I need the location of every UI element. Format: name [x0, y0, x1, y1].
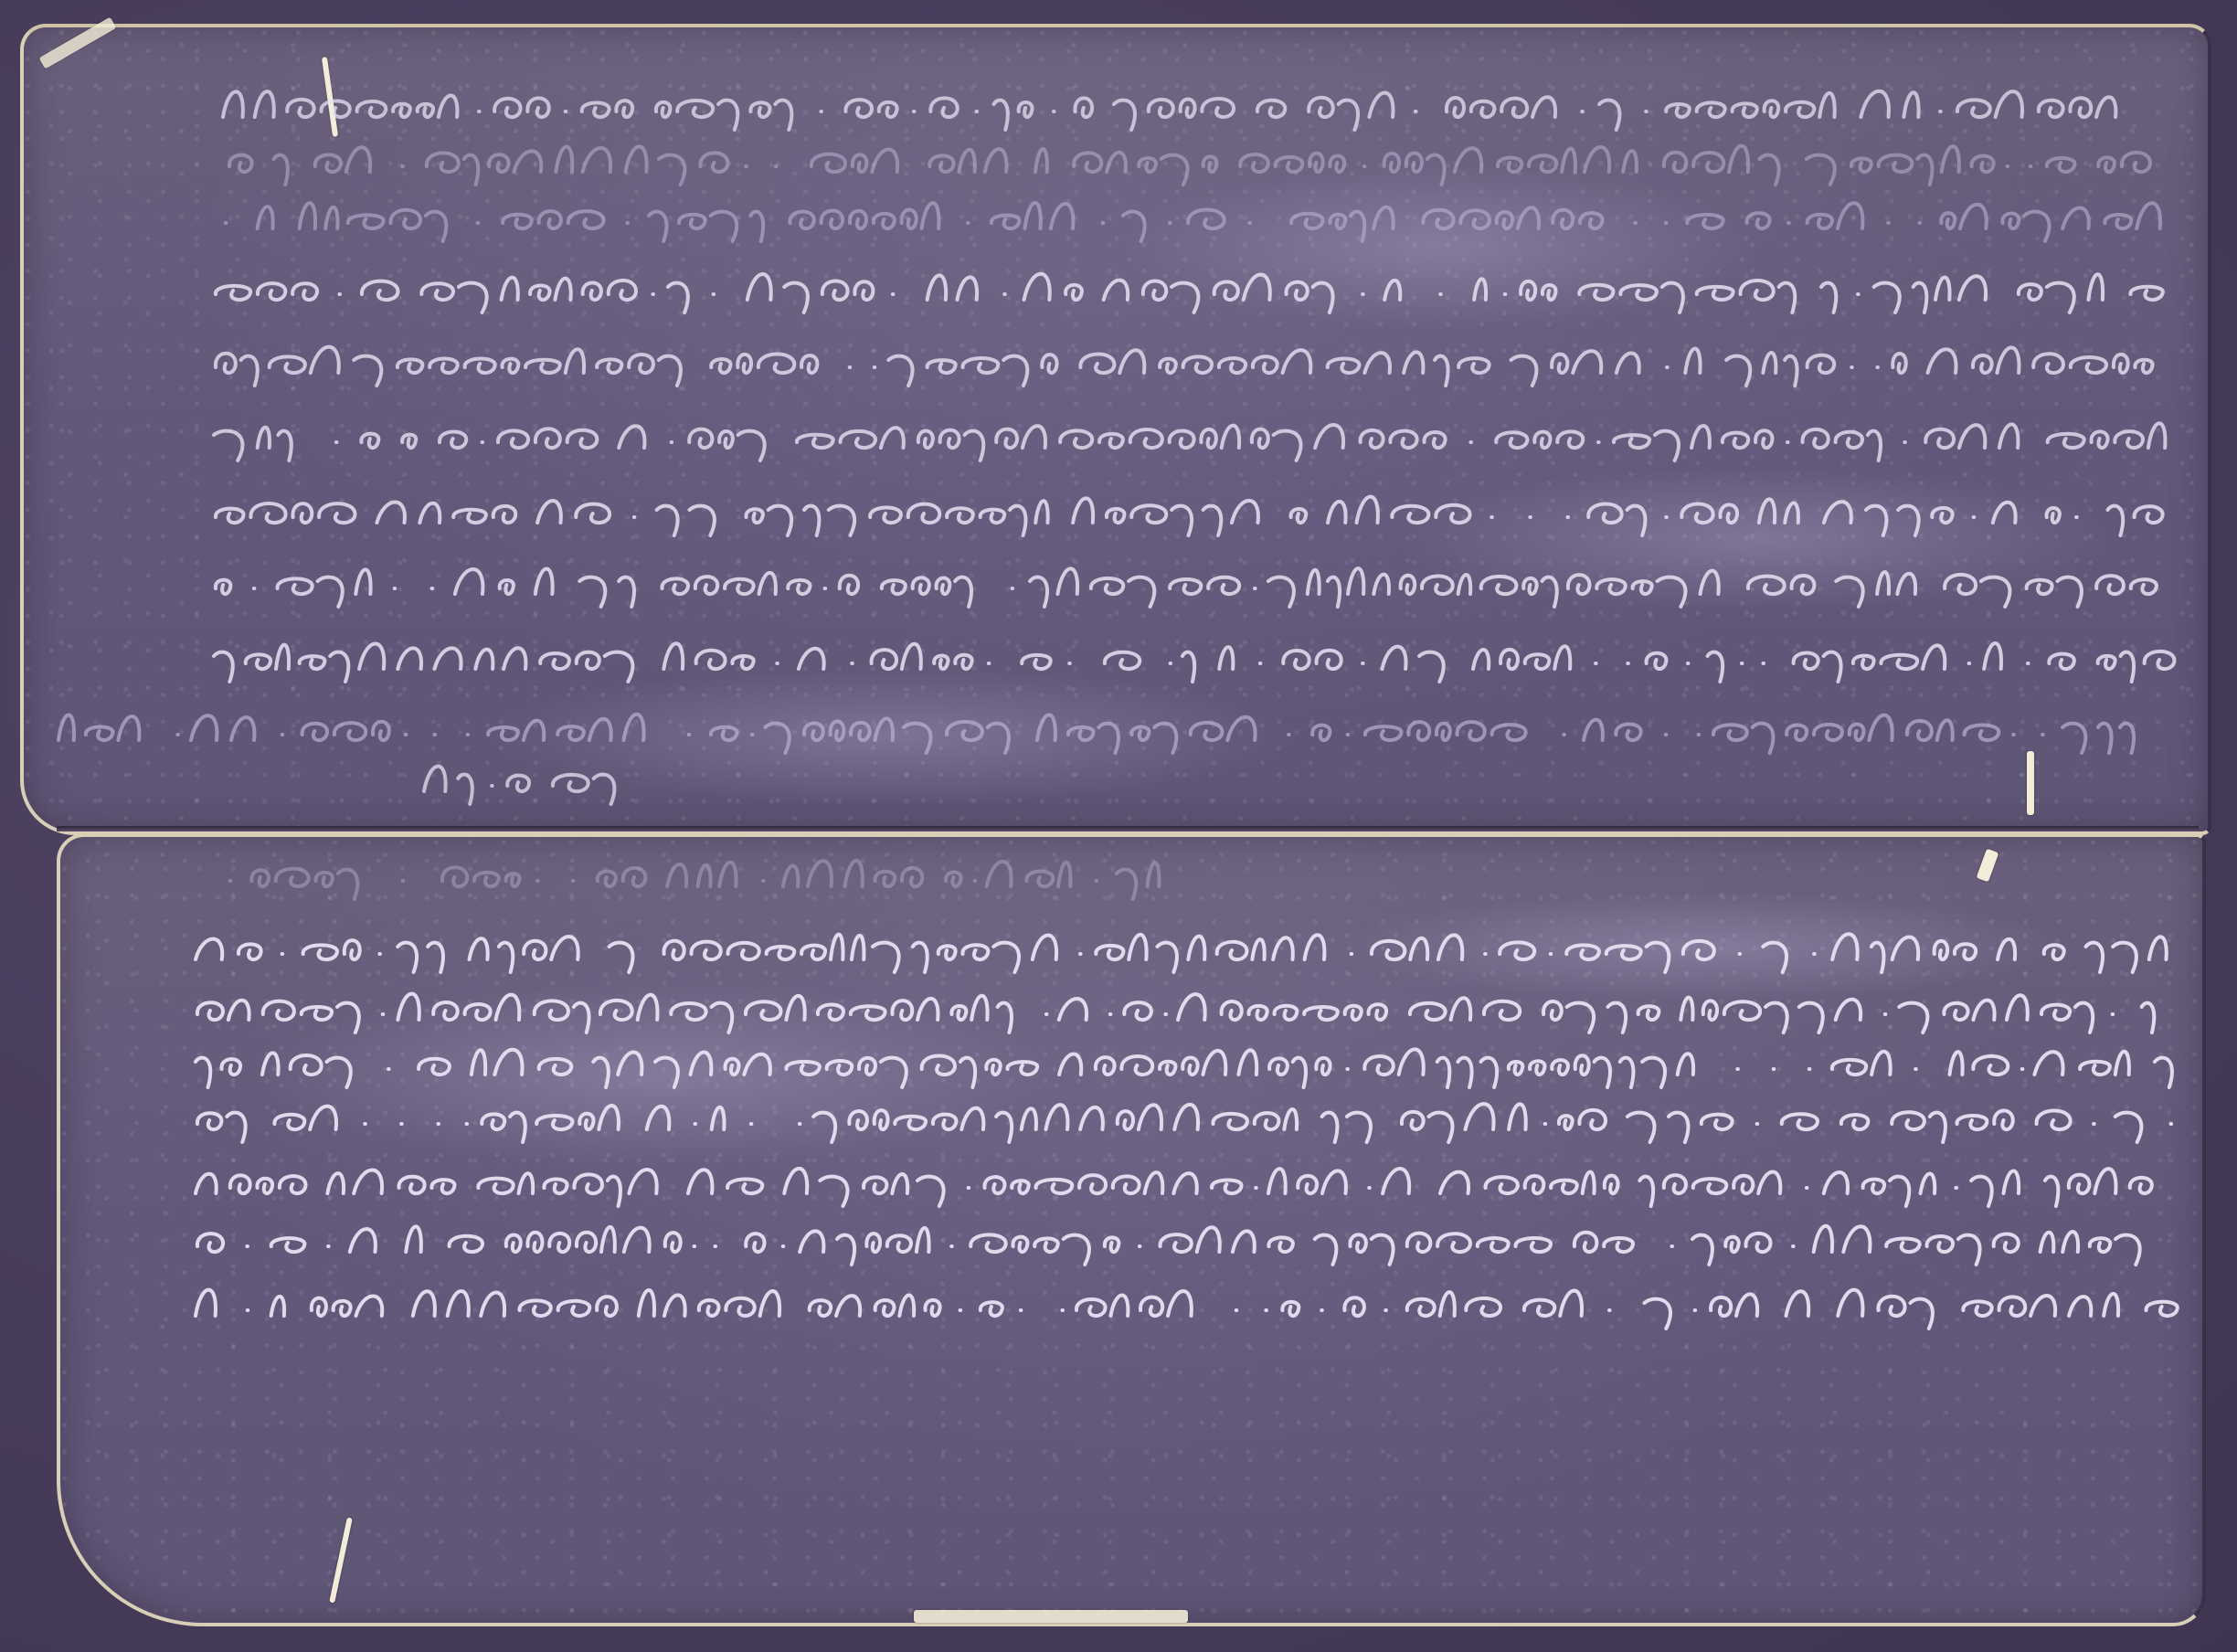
upper-board-script-line [210, 632, 2175, 687]
manuscript-text [0, 0, 2237, 1652]
upper-board-script-line [210, 192, 2166, 247]
upper-board-script-line [210, 486, 2175, 541]
upper-board-script-line [210, 557, 2175, 612]
upper-board-script-line [55, 704, 2175, 758]
lower-board-script-line [192, 1279, 2175, 1334]
lower-board-script-line [210, 850, 1170, 905]
upper-board-script-line [210, 263, 2175, 318]
upper-board-script-line [219, 80, 2157, 135]
lower-board-script-line [192, 1157, 2175, 1212]
upper-board-script-line [224, 135, 2157, 190]
lower-board-script-line [192, 1215, 2175, 1270]
lower-board-script-line [192, 923, 2175, 978]
upper-board-script-line [210, 336, 2175, 391]
lower-board-script-line [192, 1038, 2175, 1093]
lower-board-script-line [192, 1093, 2175, 1148]
lower-board-script-line [192, 983, 2175, 1038]
upper-board-script-line [420, 755, 621, 810]
upper-board-script-line [210, 411, 2175, 466]
